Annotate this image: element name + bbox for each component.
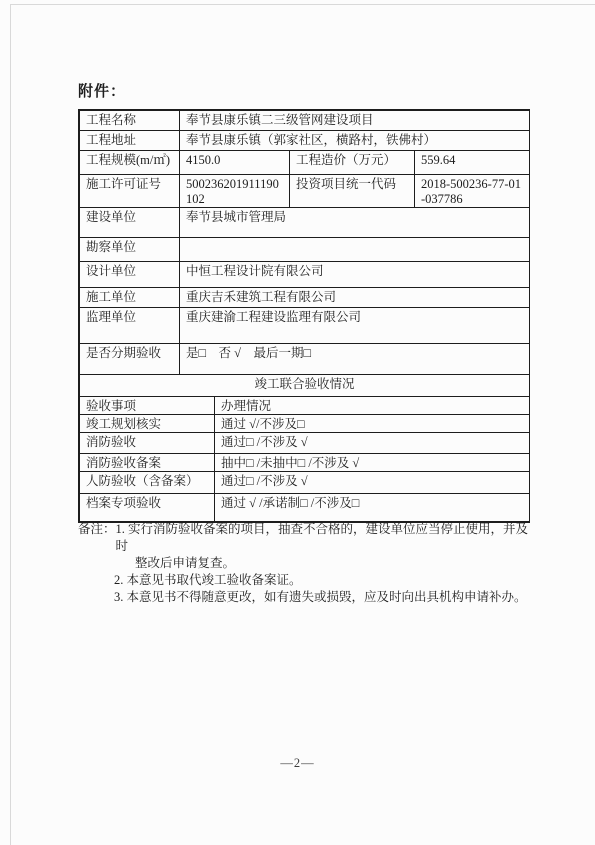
builder-unit-label: 施工单位	[80, 288, 180, 308]
remark-item-1-continued: 整改后申请复查。	[135, 555, 532, 572]
planning-check-status: 通过 √/不涉及□	[215, 414, 530, 432]
design-unit-label: 设计单位	[80, 262, 180, 288]
table-row: 勘察单位	[80, 238, 530, 262]
investment-code-label: 投资项目统一代码	[290, 175, 415, 208]
table-row: 设计单位 中恒工程设计院有限公司	[80, 262, 530, 288]
project-address-label: 工程地址	[80, 131, 180, 151]
phased-acceptance-value: 是□ 否 √ 最后一期□	[180, 344, 530, 375]
table-row: 竣工规划核实 通过 √/不涉及□	[80, 414, 530, 432]
remarks-block: 备注： 1. 实行消防验收备案的项目，抽查不合格的，建设单位应当停止使用，并及时…	[78, 521, 532, 606]
phased-acceptance-label: 是否分期验收	[80, 344, 180, 375]
joint-acceptance-table: 竣工联合验收情况 验收事项 办理情况 竣工规划核实 通过 √/不涉及□ 消防验收…	[79, 375, 530, 522]
fire-acceptance-status: 通过□ /不涉及 √	[215, 432, 530, 453]
table-row: 工程地址 奉节县康乐镇（郭家社区，横路村，铁佛村）	[80, 131, 530, 151]
table-row: 人防验收（含备案） 通过□ /不涉及 √	[80, 471, 530, 493]
archive-acceptance-label: 档案专项验收	[80, 493, 215, 521]
project-name-value: 奉节县康乐镇二三级管网建设项目	[180, 111, 530, 131]
project-info-table: 工程名称 奉节县康乐镇二三级管网建设项目 工程地址 奉节县康乐镇（郭家社区，横路…	[79, 110, 530, 375]
planning-check-label: 竣工规划核实	[80, 414, 215, 432]
table-row: 是否分期验收 是□ 否 √ 最后一期□	[80, 344, 530, 375]
remarks-prefix: 备注：	[78, 521, 116, 555]
project-name-label: 工程名称	[80, 111, 180, 131]
remark-line: 备注： 1. 实行消防验收备案的项目，抽查不合格的，建设单位应当停止使用，并及时	[78, 521, 532, 555]
remark-item-1: 1. 实行消防验收备案的项目，抽查不合格的，建设单位应当停止使用，并及时	[116, 521, 532, 555]
page-number: —2—	[0, 756, 595, 771]
survey-unit-label: 勘察单位	[80, 238, 180, 262]
supervision-unit-label: 监理单位	[80, 308, 180, 344]
project-scale-value: 4150.0	[180, 151, 290, 175]
civil-defense-status: 通过□ /不涉及 √	[215, 471, 530, 493]
survey-unit-value	[180, 238, 530, 262]
construction-permit-label: 施工许可证号	[80, 175, 180, 208]
acceptance-form: 工程名称 奉节县康乐镇二三级管网建设项目 工程地址 奉节县康乐镇（郭家社区，横路…	[78, 109, 530, 523]
builder-unit-value: 重庆吉禾建筑工程有限公司	[180, 288, 530, 308]
construction-unit-label: 建设单位	[80, 208, 180, 238]
investment-code-value: 2018-500236-77-01-037786	[415, 175, 530, 208]
construction-unit-value: 奉节县城市管理局	[180, 208, 530, 238]
project-cost-label: 工程造价（万元）	[290, 151, 415, 175]
joint-acceptance-title: 竣工联合验收情况	[80, 375, 530, 396]
civil-defense-label: 人防验收（含备案）	[80, 471, 215, 493]
archive-acceptance-status: 通过 √ /承诺制□ /不涉及□	[215, 493, 530, 521]
project-address-value: 奉节县康乐镇（郭家社区，横路村，铁佛村）	[180, 131, 530, 151]
construction-permit-value: 500236201911190102	[180, 175, 290, 208]
table-row: 竣工联合验收情况	[80, 375, 530, 396]
fire-acceptance-label: 消防验收	[80, 432, 215, 453]
table-row: 工程规模(m/㎡) 4150.0 工程造价（万元） 559.64	[80, 151, 530, 175]
table-row: 建设单位 奉节县城市管理局	[80, 208, 530, 238]
table-row: 施工单位 重庆吉禾建筑工程有限公司	[80, 288, 530, 308]
table-row: 验收事项 办理情况	[80, 396, 530, 414]
remark-item-3: 3. 本意见书不得随意更改，如有遗失或损毁，应及时向出具机构申请补办。	[114, 589, 532, 606]
table-row: 消防验收备案 抽中□ /未抽中□ /不涉及 √	[80, 453, 530, 471]
table-row: 工程名称 奉节县康乐镇二三级管网建设项目	[80, 111, 530, 131]
table-row: 消防验收 通过□ /不涉及 √	[80, 432, 530, 453]
design-unit-value: 中恒工程设计院有限公司	[180, 262, 530, 288]
attachment-label: 附件：	[78, 80, 126, 101]
column-header-item: 验收事项	[80, 396, 215, 414]
supervision-unit-value: 重庆建渝工程建设监理有限公司	[180, 308, 530, 344]
project-cost-value: 559.64	[415, 151, 530, 175]
fire-record-status: 抽中□ /未抽中□ /不涉及 √	[215, 453, 530, 471]
table-row: 施工许可证号 500236201911190102 投资项目统一代码 2018-…	[80, 175, 530, 208]
remark-item-2: 2. 本意见书取代竣工验收备案证。	[114, 572, 532, 589]
fire-record-label: 消防验收备案	[80, 453, 215, 471]
column-header-status: 办理情况	[215, 396, 530, 414]
table-row: 监理单位 重庆建渝工程建设监理有限公司	[80, 308, 530, 344]
project-scale-label: 工程规模(m/㎡)	[80, 151, 180, 175]
table-row: 档案专项验收 通过 √ /承诺制□ /不涉及□	[80, 493, 530, 521]
